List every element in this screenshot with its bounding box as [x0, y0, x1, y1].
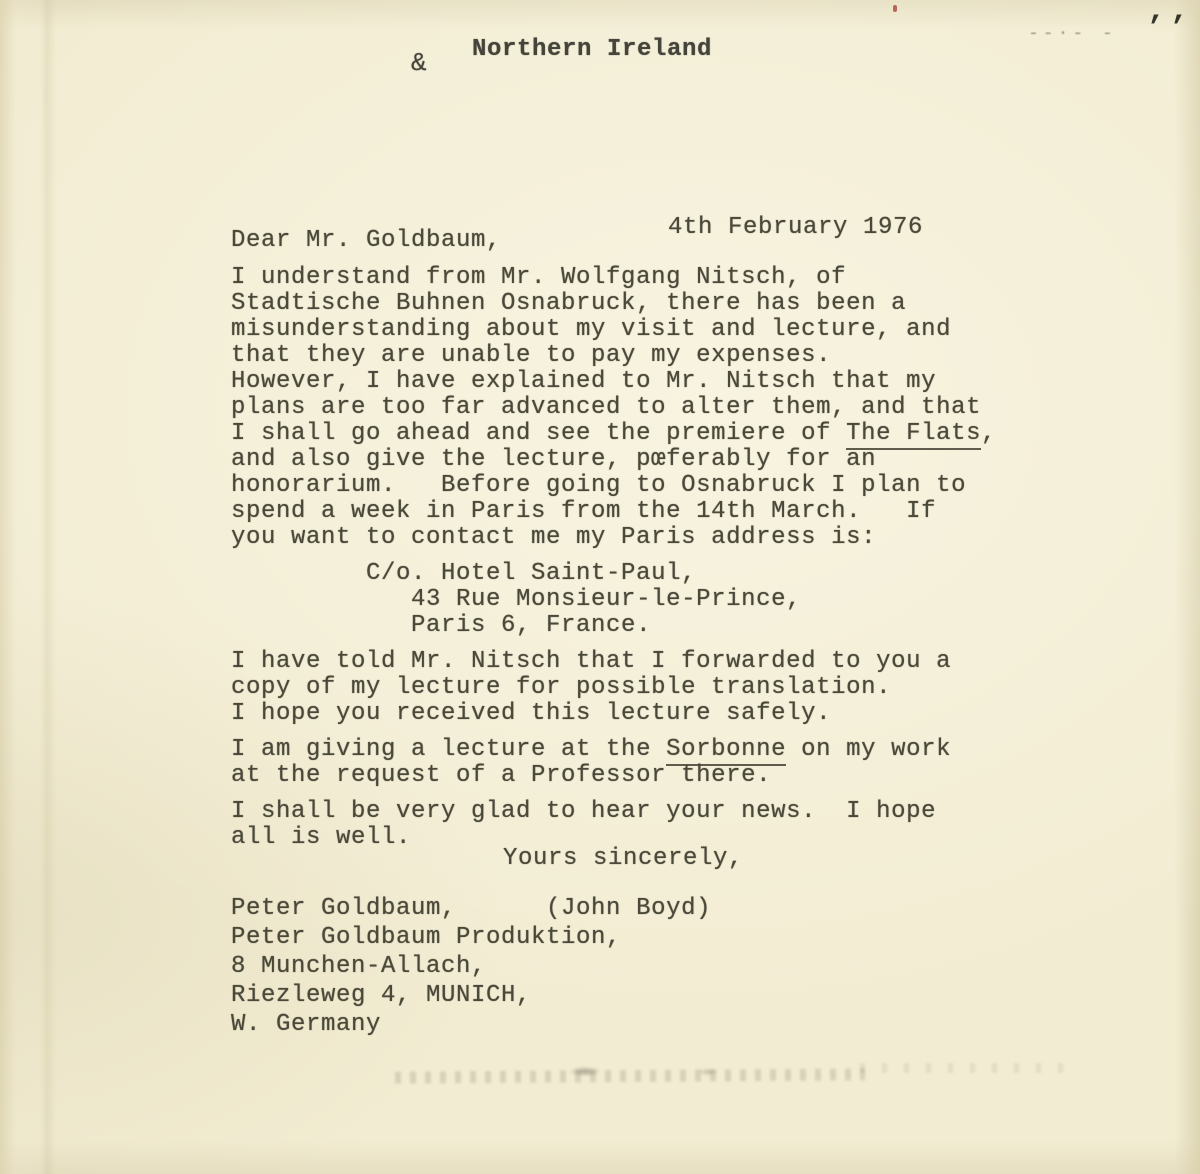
text-line: C/o. Hotel Saint-Paul, — [231, 561, 1031, 587]
text-line: I am giving a lecture at the Sorbonne on… — [231, 737, 1031, 763]
paragraph: I shall be very glad to hear your news. … — [231, 799, 1031, 851]
signature-line: Peter Goldbaum Produktion, — [231, 923, 711, 952]
paragraph: I have told Mr. Nitsch that I forwarded … — [231, 649, 1031, 727]
text-line: plans are too far advanced to alter them… — [231, 395, 1031, 421]
bottom-smudge-line-right — [860, 1063, 1080, 1073]
letter-page: & Northern Ireland --·- - ’’ 4th Februar… — [0, 0, 1200, 1174]
text-line: you want to contact me my Paris address … — [231, 525, 1031, 551]
signature-block: Peter Goldbaum, (John Boyd)Peter Goldbau… — [231, 894, 711, 1039]
text-line: Stadtische Buhnen Osnabruck, there has b… — [231, 291, 1031, 317]
text-line: honorarium. Before going to Osnabruck I … — [231, 473, 1031, 499]
red-ink-speck — [893, 5, 897, 12]
text-line: I shall be very glad to hear your news. … — [231, 799, 1031, 825]
paragraph: I understand from Mr. Wolfgang Nitsch, o… — [231, 265, 1031, 551]
text-segment: on my work — [786, 736, 951, 763]
signature-line: 8 Munchen-Allach, — [231, 952, 711, 981]
bottom-smudge-blob — [565, 1065, 605, 1078]
pen-quote-marks: ’’ — [1146, 12, 1192, 46]
text-line: I shall go ahead and see the premiere of… — [231, 421, 1031, 447]
text-segment: I am giving a lecture at the — [231, 736, 666, 763]
signature-line: Riezleweg 4, MUNICH, — [231, 981, 711, 1010]
text-line: I understand from Mr. Wolfgang Nitsch, o… — [231, 265, 1031, 291]
bottom-smudge-blob-small — [695, 1067, 721, 1077]
salutation: Dear Mr. Goldbaum, — [231, 227, 501, 254]
signature-line: Peter Goldbaum, (John Boyd) — [231, 894, 711, 923]
text-line: spend a week in Paris from the 14th Marc… — [231, 499, 1031, 525]
text-line: that they are unable to pay my expenses. — [231, 343, 1031, 369]
closing: Yours sincerely, — [503, 845, 743, 872]
text-segment: I shall go ahead and see the premiere of — [231, 420, 846, 447]
text-line: copy of my lecture for possible translat… — [231, 675, 1031, 701]
text-line: I have told Mr. Nitsch that I forwarded … — [231, 649, 1031, 675]
paragraph: C/o. Hotel Saint-Paul, 43 Rue Monsieur-l… — [231, 561, 1031, 639]
signature-line: W. Germany — [231, 1010, 711, 1039]
pen-dash-marks: --·- - — [1028, 24, 1117, 44]
text-segment: , — [981, 420, 996, 447]
text-line: Paris 6, France. — [231, 613, 1031, 639]
letterhead-ampersand: & — [411, 48, 427, 78]
text-line: misunderstanding about my visit and lect… — [231, 317, 1031, 343]
letter-body: I understand from Mr. Wolfgang Nitsch, o… — [231, 265, 1031, 861]
text-line: and also give the lecture, pœferably for… — [231, 447, 1031, 473]
text-line: 43 Rue Monsieur-le-Prince, — [231, 587, 1031, 613]
letterhead-region-line: Northern Ireland — [472, 36, 712, 63]
text-line: I hope you received this lecture safely. — [231, 701, 1031, 727]
paragraph: I am giving a lecture at the Sorbonne on… — [231, 737, 1031, 789]
bottom-smudge-line — [395, 1068, 865, 1083]
text-line: However, I have explained to Mr. Nitsch … — [231, 369, 1031, 395]
text-line: at the request of a Professor there. — [231, 763, 1031, 789]
date-line: 4th February 1976 — [668, 214, 923, 241]
